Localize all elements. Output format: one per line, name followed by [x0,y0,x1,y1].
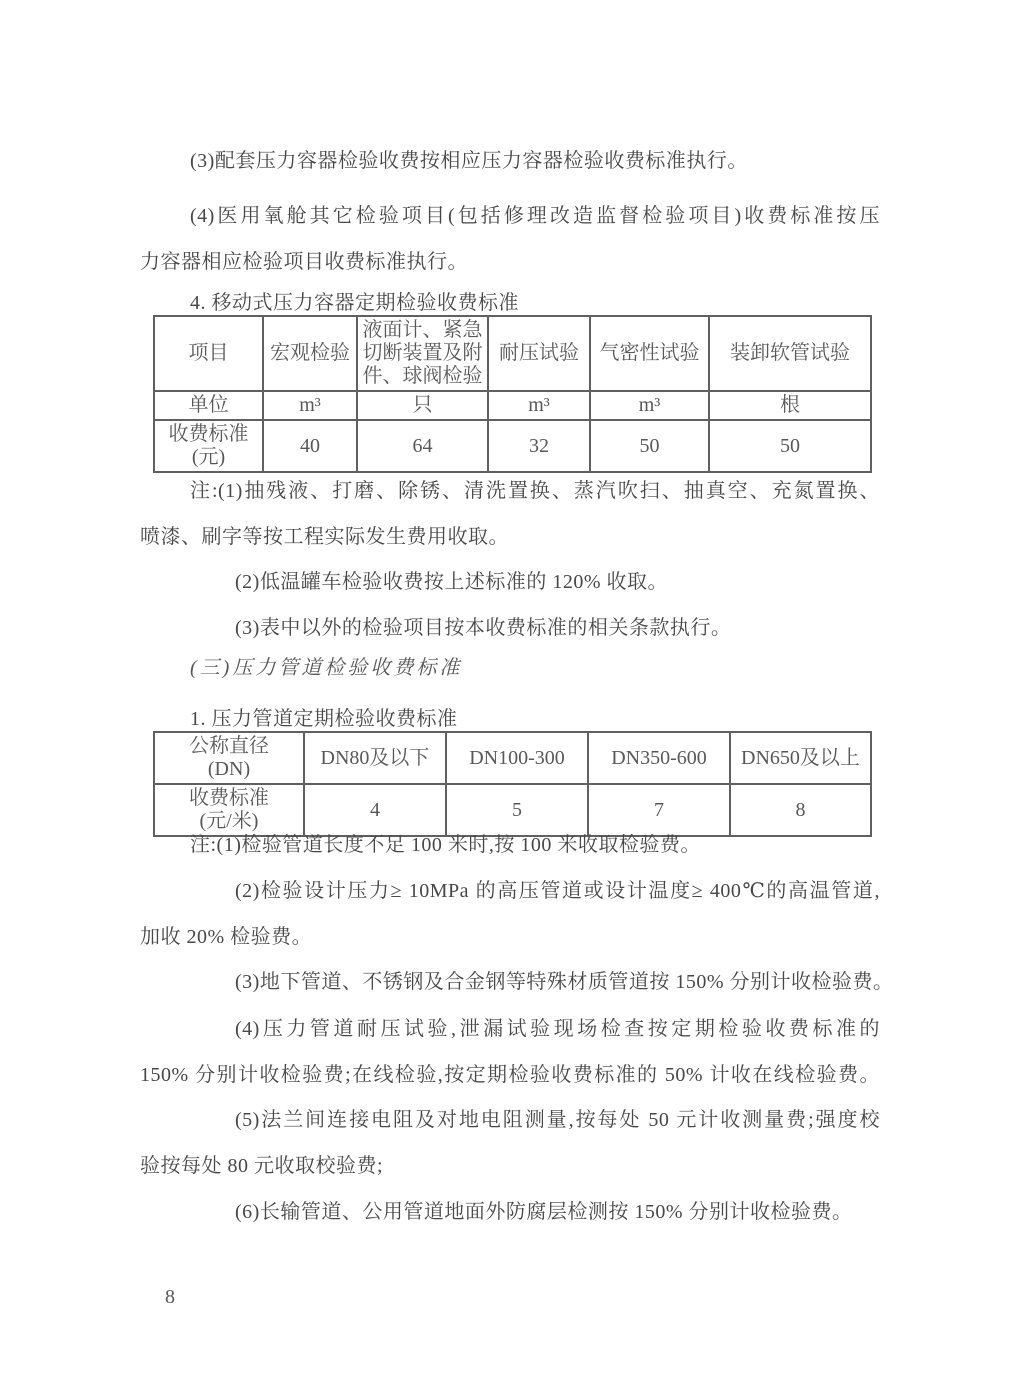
table1-unit-label: 单位 [154,391,263,420]
intro-line-3: (3)配套压力容器检验收费按相应压力容器检验收费标准执行。 [140,146,880,176]
table1-unit-cell: m³ [488,391,590,420]
table1-fee-cell: 64 [357,420,488,472]
table2-fee-cell: 8 [730,784,871,836]
pipeline-periodic-fee-table: 公称直径 (DN) DN80及以下 DN100-300 DN350-600 DN… [153,731,872,837]
table2-note-1: 注:(1)检验管道长度不足 100 米时,按 100 米收取检验费。 [140,830,880,860]
table2-title: 1. 压力管道定期检验收费标准 [140,704,880,734]
mobile-pressure-vessel-fee-table: 项目 宏观检验 液面计、紧急 切断装置及附 件、球阀检验 耐压试验 气密性试验 … [153,315,872,473]
table2-fee-row: 收费标准 (元/米) 4 5 7 8 [154,784,871,836]
table2-fee-cell: 4 [304,784,446,836]
table1-note-1a: 注:(1)抽残液、打磨、除锈、清洗置换、蒸汽吹扫、抽真空、充氮置换、 [140,476,880,506]
document-page: (3)配套压力容器检验收费按相应压力容器检验收费标准执行。 (4)医用氧舱其它检… [0,0,1024,1379]
table1-fee-cell: 50 [590,420,709,472]
table1-header-hose: 装卸软管试验 [709,316,871,391]
table1-note-1b: 喷漆、刷字等按工程实际发生费用收取。 [140,522,880,552]
table2-note-5b: 验按每处 80 元收取校验费; [140,1151,880,1181]
table1-fee-cell: 40 [263,420,357,472]
table1-unit-cell: 根 [709,391,871,420]
intro-line-4a: (4)医用氧舱其它检验项目(包括修理改造监督检验项目)收费标准按压 [140,201,880,231]
table2-fee-cell: 5 [446,784,588,836]
table2-header-dn: 公称直径 (DN) [154,732,304,784]
table1-header-row: 项目 宏观检验 液面计、紧急 切断装置及附 件、球阀检验 耐压试验 气密性试验 … [154,316,871,391]
table2-note-3: (3)地下管道、不锈钢及合金钢等特殊材质管道按 150% 分别计收检验费。 [140,967,880,997]
table2-note-4b: 150% 分别计收检验费;在线检验,按定期检验收费标准的 50% 计收在线检验费… [140,1060,880,1090]
table2-header-dn650: DN650及以上 [730,732,871,784]
table2-header-dn80: DN80及以下 [304,732,446,784]
table1-unit-cell: m³ [263,391,357,420]
table2-note-5a: (5)法兰间连接电阻及对地电阻测量,按每处 50 元计收测量费;强度校 [140,1105,880,1135]
table1-unit-cell: 只 [357,391,488,420]
table2-fee-cell: 7 [588,784,730,836]
table2-note-2b: 加收 20% 检验费。 [140,922,880,952]
table1-header-item: 项目 [154,316,263,391]
table1-header-gauge: 液面计、紧急 切断装置及附 件、球阀检验 [357,316,488,391]
section-heading: (三)压力管道检验收费标准 [140,653,880,683]
table2-note-2a: (2)检验设计压力≥ 10MPa 的高压管道或设计温度≥ 400℃的高温管道, [140,876,880,906]
page-number: 8 [165,1286,175,1309]
table1-note-3: (3)表中以外的检验项目按本收费标准的相关条款执行。 [140,613,880,643]
table1-header-airtight: 气密性试验 [590,316,709,391]
table1-unit-cell: m³ [590,391,709,420]
table1-fee-cell: 32 [488,420,590,472]
table1-title: 4. 移动式压力容器定期检验收费标准 [140,288,880,318]
table2-header-row: 公称直径 (DN) DN80及以下 DN100-300 DN350-600 DN… [154,732,871,784]
intro-line-4b: 力容器相应检验项目收费标准执行。 [140,247,880,277]
table2-fee-label: 收费标准 (元/米) [154,784,304,836]
table1-fee-label: 收费标准 (元) [154,420,263,472]
table2-header-dn100: DN100-300 [446,732,588,784]
table2-header-dn350: DN350-600 [588,732,730,784]
table1-unit-row: 单位 m³ 只 m³ m³ 根 [154,391,871,420]
table1-header-pressure: 耐压试验 [488,316,590,391]
table1-note-2: (2)低温罐车检验收费按上述标准的 120% 收取。 [140,567,880,597]
table1-fee-row: 收费标准 (元) 40 64 32 50 50 [154,420,871,472]
table1-fee-cell: 50 [709,420,871,472]
table1-header-macro: 宏观检验 [263,316,357,391]
table2-note-4a: (4)压力管道耐压试验,泄漏试验现场检查按定期检验收费标准的 [140,1014,880,1044]
table2-note-6: (6)长输管道、公用管道地面外防腐层检测按 150% 分别计收检验费。 [140,1197,880,1227]
